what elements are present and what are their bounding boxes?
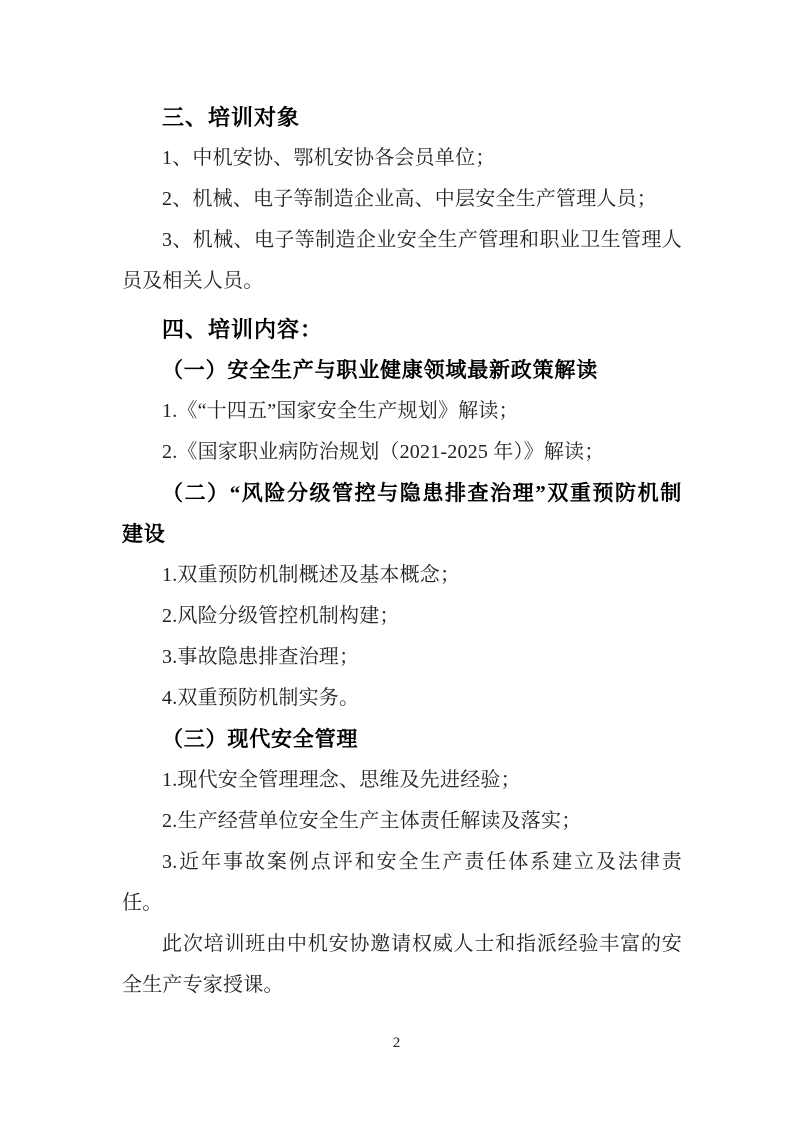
paragraph: 2.生产经营单位安全生产主体责任解读及落实；: [122, 801, 682, 842]
page-number: 2: [0, 1033, 793, 1053]
section-heading: （三）现代安全管理: [122, 719, 682, 760]
paragraph: 1、中机安协、鄂机安协各会员单位；: [122, 138, 682, 179]
paragraph: 2、机械、电子等制造企业高、中层安全生产管理人员；: [122, 179, 682, 220]
paragraph: 1.《“十四五”国家安全生产规划》解读；: [122, 391, 682, 432]
paragraph: 3、机械、电子等制造企业安全生产管理和职业卫生管理人员及相关人员。: [122, 220, 682, 302]
section-heading: （二）“风险分级管控与隐患排查治理”双重预防机制建设: [122, 473, 682, 555]
document-page: 三、培训对象1、中机安协、鄂机安协各会员单位；2、机械、电子等制造企业高、中层安…: [0, 0, 793, 1122]
paragraph: 1.双重预防机制概述及基本概念；: [122, 555, 682, 596]
document-body: 三、培训对象1、中机安协、鄂机安协各会员单位；2、机械、电子等制造企业高、中层安…: [122, 97, 682, 1006]
section-heading: 三、培训对象: [122, 97, 682, 138]
paragraph: 3.事故隐患排查治理；: [122, 637, 682, 678]
paragraph: 2.风险分级管控机制构建；: [122, 596, 682, 637]
paragraph: 此次培训班由中机安协邀请权威人士和指派经验丰富的安全生产专家授课。: [122, 924, 682, 1006]
paragraph: 2.《国家职业病防治规划（2021-2025 年）》解读；: [122, 432, 682, 473]
paragraph: 1.现代安全管理理念、思维及先进经验；: [122, 760, 682, 801]
section-heading: 四、培训内容：: [122, 309, 682, 350]
paragraph: 3.近年事故案例点评和安全生产责任体系建立及法律责任。: [122, 842, 682, 924]
paragraph: 4.双重预防机制实务。: [122, 678, 682, 719]
section-heading: （一）安全生产与职业健康领域最新政策解读: [122, 350, 682, 391]
